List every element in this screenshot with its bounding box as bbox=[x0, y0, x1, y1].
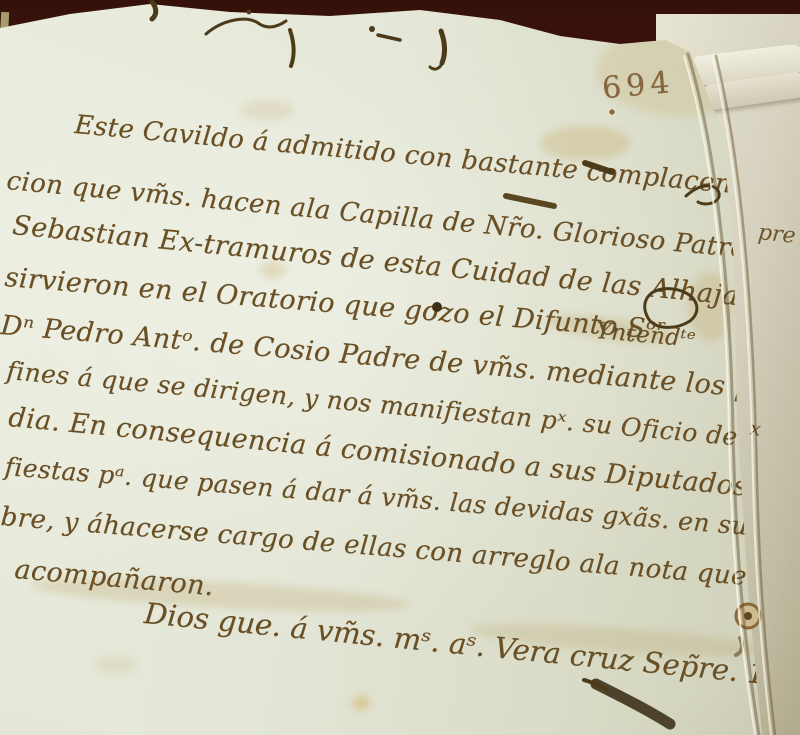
manuscript-sheet: 694 Este Cavildo á admitido con bastante… bbox=[0, 0, 800, 735]
paper-stain bbox=[352, 696, 370, 710]
paper-stain bbox=[240, 100, 294, 120]
manuscript-photo: pre x 694 Este Cavildo á admitido con ba… bbox=[0, 0, 800, 735]
paper-stain bbox=[96, 656, 136, 674]
underpage-text-fragment: pre bbox=[757, 220, 797, 249]
page-number: 694 bbox=[601, 65, 676, 106]
